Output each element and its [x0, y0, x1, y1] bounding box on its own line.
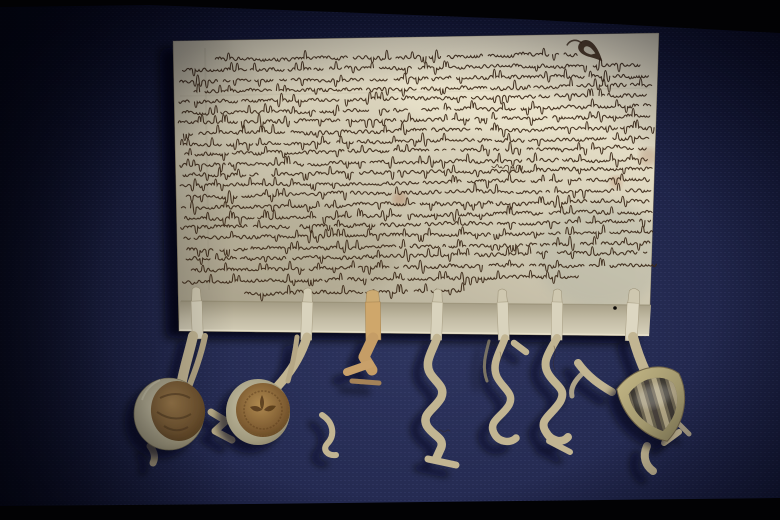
charter-photo [0, 0, 780, 520]
photo-frame [0, 0, 780, 520]
vignette-left [0, 0, 780, 520]
